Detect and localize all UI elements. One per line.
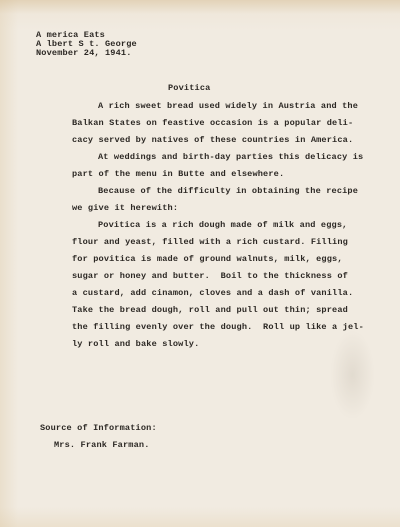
recipe-line-1: Povitica is a rich dough made of milk an… <box>98 220 347 230</box>
typed-document-page: A merica Eats A lbert S t. George Novemb… <box>0 0 400 527</box>
header-date: November 24, 1941. <box>36 48 132 58</box>
paragraph-3-line-2: we give it herewith: <box>72 203 178 213</box>
recipe-line-6: Take the bread dough, roll and pull out … <box>72 305 348 315</box>
recipe-line-7: the filling evenly over the dough. Roll … <box>72 322 364 332</box>
source-name: Mrs. Frank Farman. <box>54 440 150 450</box>
paragraph-1-line-1: A rich sweet bread used widely in Austri… <box>98 101 358 111</box>
source-label: Source of Information: <box>40 423 157 433</box>
paragraph-2-line-2: part of the menu in Butte and elsewhere. <box>72 169 284 179</box>
recipe-line-8: ly roll and bake slowly. <box>72 339 199 349</box>
paragraph-1-line-2: Balkan States on feastive occasion is a … <box>72 118 353 128</box>
paragraph-1-line-3: cacy served by natives of these countrie… <box>72 135 353 145</box>
recipe-line-3: for povitica is made of ground walnuts, … <box>72 254 343 264</box>
recipe-line-4: sugar or honey and butter. Boil to the t… <box>72 271 348 281</box>
recipe-line-5: a custard, add cinamon, cloves and a das… <box>72 288 353 298</box>
paragraph-2-line-1: At weddings and birth-day parties this d… <box>98 152 363 162</box>
paragraph-3-line-1: Because of the difficulty in obtaining t… <box>98 186 358 196</box>
paper-stain <box>330 330 375 420</box>
document-title: Povitica <box>168 83 210 93</box>
recipe-line-2: flour and yeast, filled with a rich cust… <box>72 237 348 247</box>
